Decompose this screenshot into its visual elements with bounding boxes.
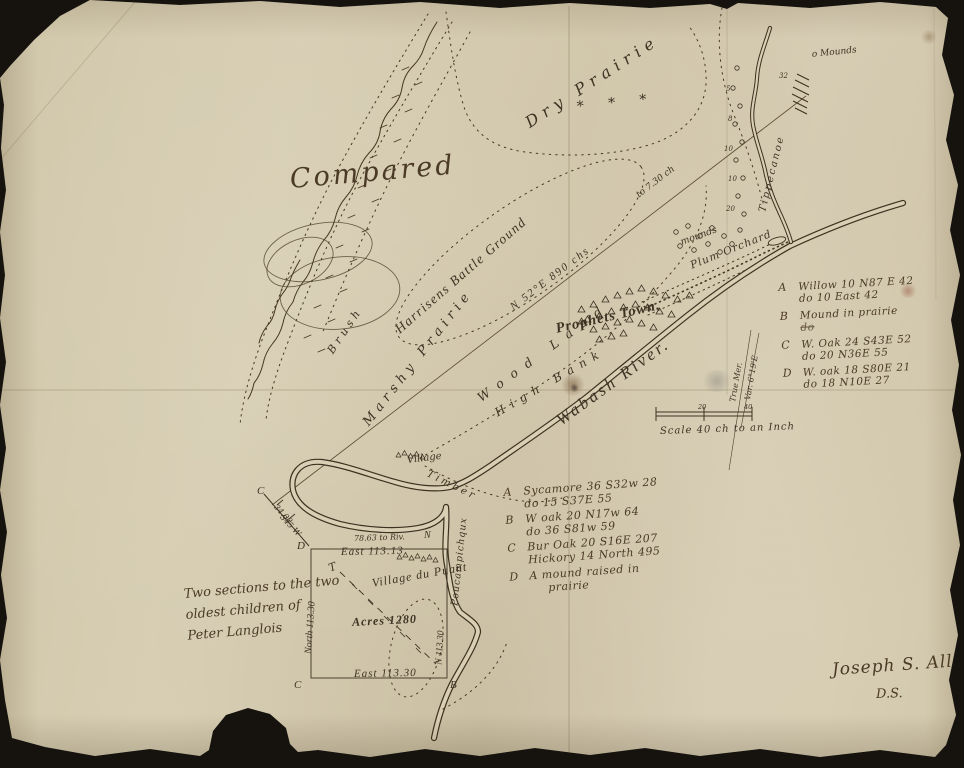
note-key	[509, 563, 529, 564]
tippecanoe-dotted	[719, 8, 763, 203]
note-key: D	[783, 366, 804, 380]
note-key: C	[507, 540, 528, 554]
compared-flourish	[258, 213, 403, 335]
note-key	[505, 508, 525, 509]
mound-column-number: 10	[728, 176, 737, 183]
confluence-mark: 32	[779, 73, 788, 80]
note-key	[507, 535, 527, 536]
note-key	[784, 388, 804, 389]
survey-line	[272, 96, 806, 505]
note-key: A	[778, 280, 799, 294]
note-key: C	[781, 338, 802, 352]
note-key: D	[509, 569, 530, 583]
witness-notes-upper: AWillow 10 N87 E 42 do 10 East 42 BMound…	[778, 274, 919, 393]
note-key: B	[780, 309, 801, 323]
note-key	[511, 592, 531, 593]
mound-column-number: 20	[726, 206, 735, 213]
survey-point-c: C	[257, 486, 264, 497]
pond-arc-dotted	[443, 642, 507, 709]
note-text: do	[800, 321, 815, 334]
plat-corner-n: N	[424, 531, 431, 541]
plat-east-top: East 113.13	[341, 546, 404, 558]
plat-corner-d: D	[297, 541, 305, 552]
mound-column-number: 5	[726, 86, 730, 93]
note-key: A	[503, 485, 524, 499]
grass-tufts	[304, 67, 422, 352]
band-dotted-outer	[240, 14, 428, 425]
rapids-hatch-symbol	[792, 74, 809, 114]
band-wavy-creek-2	[259, 260, 300, 343]
witness-notes-lower: ASycamore 36 S32w 28 do 15 S37E 55 BW oa…	[503, 475, 665, 596]
plat-east-bottom: East 113.30	[354, 668, 417, 680]
note-key: B	[505, 513, 526, 527]
scale-tick-mid: 20	[698, 404, 706, 411]
paper-sheet: Compared Dry Prairie * * * Harrisens Bat…	[0, 0, 964, 768]
plat-corner-c: C	[294, 680, 301, 691]
note-key	[781, 331, 801, 332]
note-key	[782, 360, 802, 361]
note-key	[779, 302, 799, 303]
plat-corner-b: B	[450, 680, 457, 691]
plat-acres: Acres 1280	[352, 613, 418, 628]
mound-column-number: 8	[728, 116, 732, 123]
mound-column-number: 10	[724, 146, 733, 153]
map-canvas: Compared Dry Prairie * * * Harrisens Bat…	[0, 0, 964, 768]
scale-tick-end: 40	[744, 404, 752, 411]
battleground-band	[240, 14, 470, 425]
surveyor-title: D.S.	[876, 687, 903, 701]
